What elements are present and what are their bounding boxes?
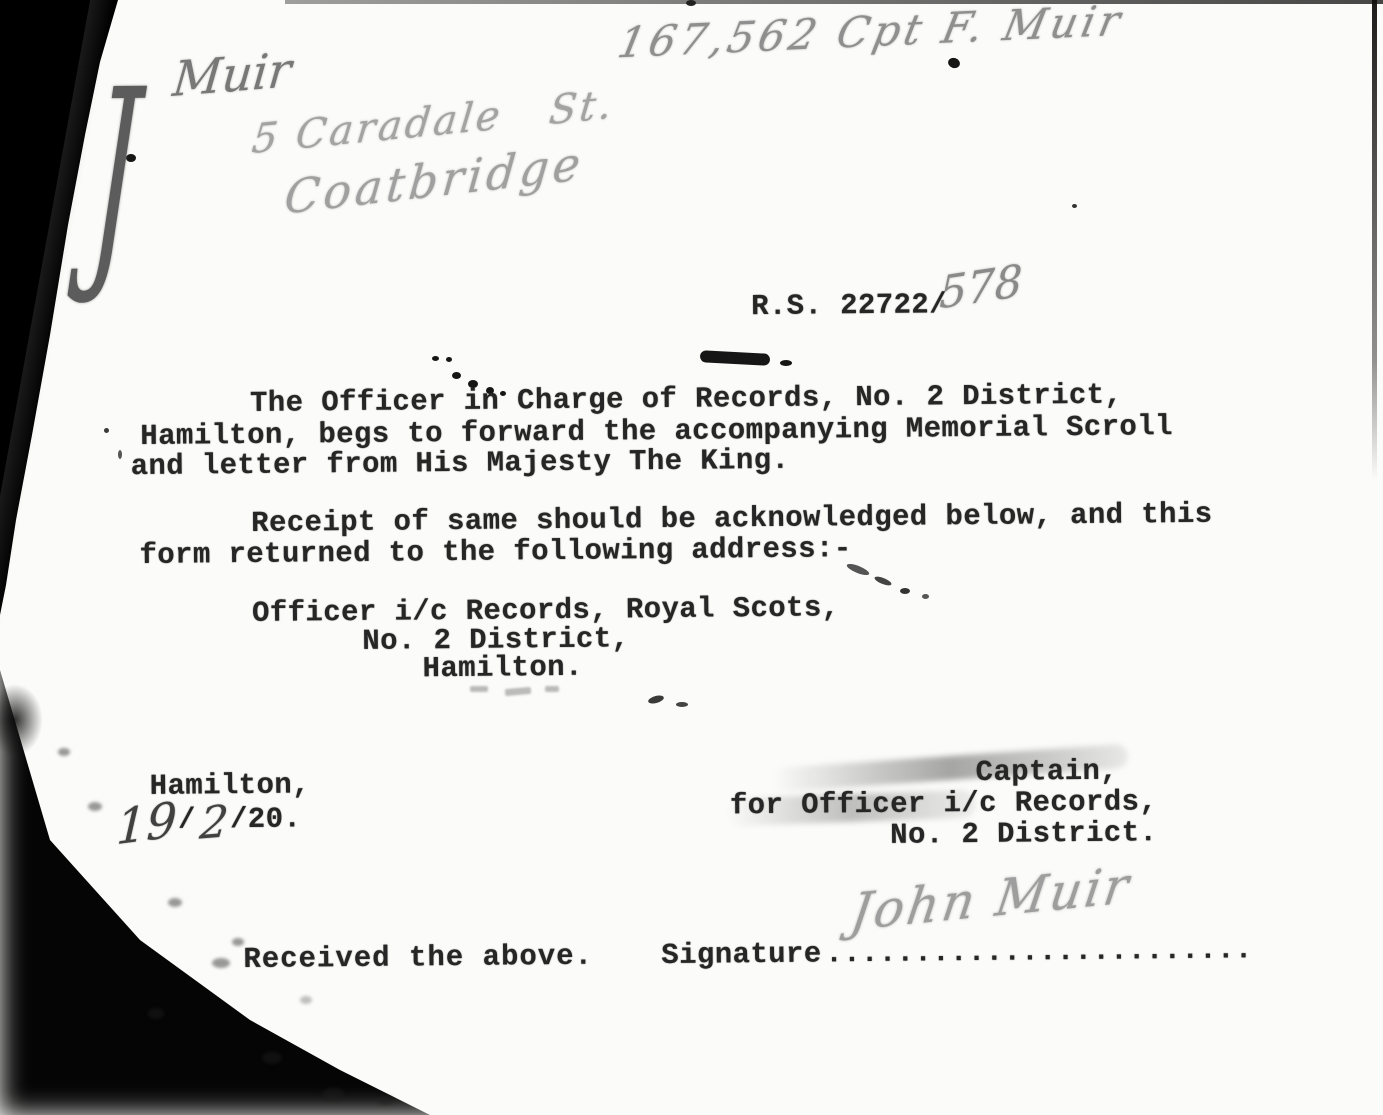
pencil-signature: John Muir: [847, 856, 1135, 942]
pencil-file-number: 167,562 Cpt F. Muir: [614, 0, 1129, 67]
return-address-line3: Hamilton.: [422, 651, 583, 686]
district-line: No. 2 District.: [890, 816, 1157, 852]
received-note: Received the above.: [243, 940, 593, 976]
signature-dots: ........................: [825, 933, 1253, 970]
typed-date-slash: /: [178, 803, 196, 836]
pencil-reference-suffix: 578: [939, 255, 1023, 319]
rank-line: Captain,: [975, 755, 1118, 789]
pencil-recipient-initial: J: [85, 40, 145, 309]
para1-line3: and letter from His Majesty The King.: [130, 444, 789, 483]
pencil-date-month: 2: [198, 796, 231, 850]
scanned-document: 167,562 Cpt F. Muir J Muir 5 Caradale St…: [0, 0, 1383, 1115]
para2-line2: form returned to the following address:-: [139, 532, 851, 572]
document-content: 167,562 Cpt F. Muir J Muir 5 Caradale St…: [0, 0, 1383, 1115]
pencil-date-day: 19: [115, 792, 178, 857]
typed-date-year: /20.: [230, 802, 302, 836]
typed-reference: R.S. 22722/: [751, 288, 947, 323]
pencil-recipient-name: Muir: [170, 42, 293, 108]
signature-label: Signature: [661, 937, 822, 972]
